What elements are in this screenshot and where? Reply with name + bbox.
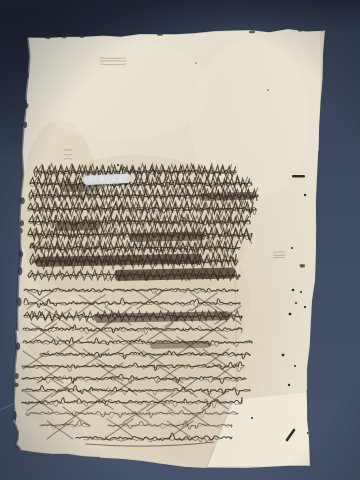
- photo-canvas: [0, 0, 360, 480]
- photo-vignette: [0, 0, 360, 480]
- manuscript-photo: [0, 0, 360, 480]
